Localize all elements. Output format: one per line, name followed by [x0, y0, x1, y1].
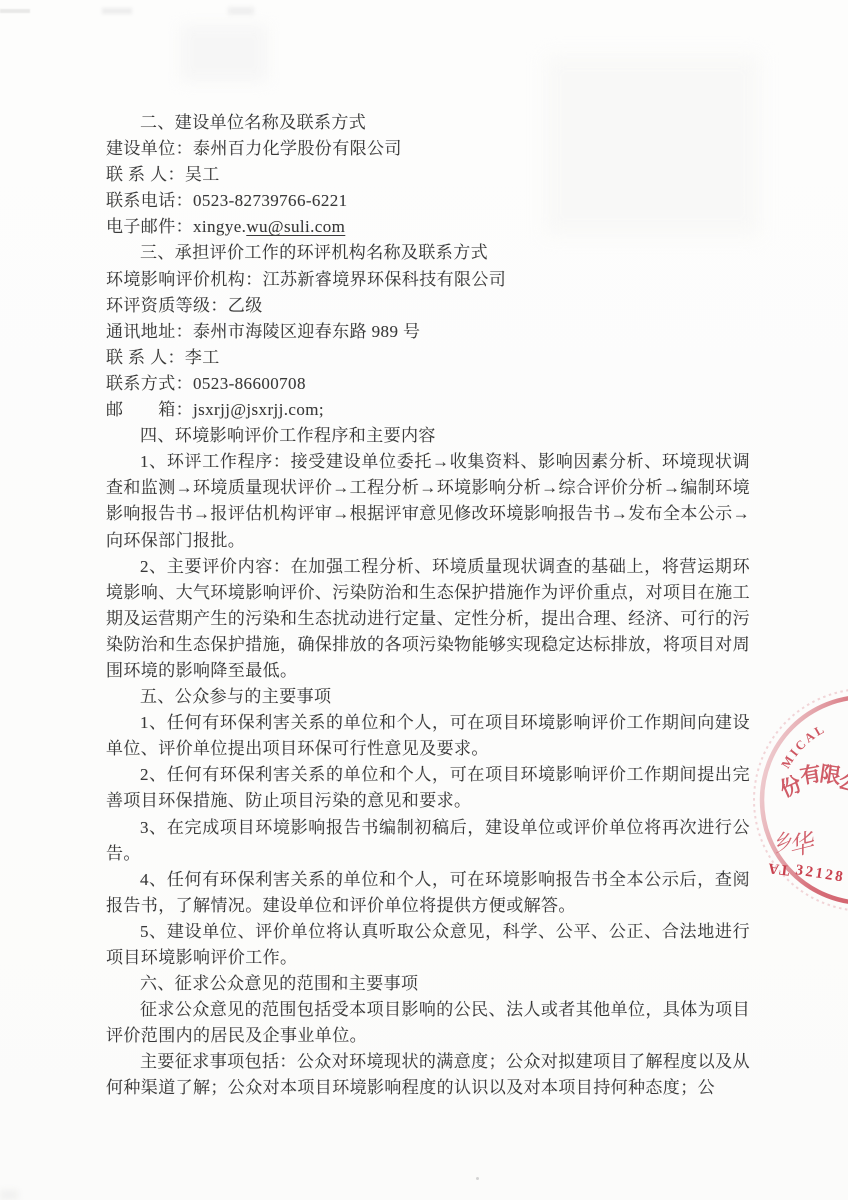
seal-dotted-ring [754, 689, 848, 911]
seal-script-char: 乡 [770, 829, 797, 856]
section-heading: 四、环境影响评价工作程序和主要内容 [106, 423, 750, 449]
scan-artifact [102, 8, 132, 14]
scanned-page: 二、建设单位名称及联系方式建设单位：泰州百力化学股份有限公司联 系 人：吴工联系… [0, 0, 848, 1200]
doc-line: 环境影响评价机构：江苏新睿境界环保科技有限公司 [106, 267, 750, 293]
doc-line: 2、主要评价内容：在加强工程分析、环境质量现状调查的基础上，将营运期环境影响、大… [106, 554, 750, 684]
doc-line: 征求公众意见的范围包括受本项目影响的公民、法人或者其他单位，具体为项目评价范围内… [106, 997, 750, 1049]
doc-line: 5、建设单位、评价单位将认真听取公众意见，科学、公平、公正、合法地进行项目环境影… [106, 919, 750, 971]
seal-char: 限 [818, 762, 842, 789]
doc-line: 1、环评工作程序：接受建设单位委托→收集资料、影响因素分析、环境现状调查和监测→… [106, 449, 750, 553]
section-heading: 三、承担评价工作的环评机构名称及联系方式 [106, 240, 750, 266]
seal-code-digits: 32128 [794, 862, 846, 886]
seal-bottom-code: TA 32128 [766, 859, 846, 886]
section-heading: 五、公众参与的主要事项 [106, 684, 750, 710]
scan-artifact [0, 1190, 18, 1200]
scan-artifact [180, 24, 268, 82]
seal-english-arc-text: MICAL [779, 721, 829, 771]
seal-code-letters: TA [766, 859, 791, 878]
seal-script-marks: 乡 华 [770, 829, 820, 862]
seal-chinese-arc-text: 份 有 限 公 [776, 761, 848, 802]
seal-outer-ring [762, 697, 848, 903]
doc-line: 联 系 人：李工 [106, 345, 750, 371]
doc-line: 3、在完成项目环境影响报告书编制初稿后，建设单位或评价单位将再次进行公告。 [106, 815, 750, 867]
doc-line: 1、任何有环保利害关系的单位和个人，可在项目环境影响评价工作期间向建设单位、评价… [106, 710, 750, 762]
section-heading: 六、征求公众意见的范围和主要事项 [106, 971, 750, 997]
section-heading: 二、建设单位名称及联系方式 [106, 110, 750, 136]
email-underlined-address: wu@suli.com [246, 217, 345, 236]
doc-line: 联系电话：0523-82739766-6221 [106, 188, 750, 214]
doc-line: 2、任何有环保利害关系的单位和个人，可在项目环境影响评价工作期间提出完善项目环保… [106, 762, 750, 814]
scan-artifact [0, 9, 30, 13]
doc-line: 电子邮件：xingye.wu@suli.com [106, 214, 750, 240]
seal-char: 公 [835, 768, 848, 798]
document-text-body: 二、建设单位名称及联系方式建设单位：泰州百力化学股份有限公司联 系 人：吴工联系… [106, 110, 750, 1102]
scan-artifact [476, 1177, 479, 1180]
email-prefix: xingye. [193, 217, 246, 236]
doc-line: 联 系 人：吴工 [106, 162, 750, 188]
doc-line: 邮 箱：jsxrjj@jsxrjj.com; [106, 397, 750, 423]
email-label: 电子邮件： [106, 217, 193, 236]
seal-script-char: 华 [786, 829, 820, 862]
doc-line: 主要征求事项包括：公众对环境现状的满意度；公众对拟建项目了解程度以及从何种渠道了… [106, 1049, 750, 1101]
seal-char: 份 [776, 771, 805, 801]
doc-line: 4、任何有环保利害关系的单位和个人，可在环境影响报告书全本公示后，查阅报告书，了… [106, 867, 750, 919]
doc-line: 环评资质等级：乙级 [106, 293, 750, 319]
doc-line: 联系方式：0523-86600708 [106, 371, 750, 397]
doc-line: 通讯地址：泰州市海陵区迎春东路 989 号 [106, 319, 750, 345]
scan-artifact [228, 7, 254, 15]
doc-line: 建设单位：泰州百力化学股份有限公司 [106, 136, 750, 162]
seal-char: 有 [798, 761, 823, 788]
